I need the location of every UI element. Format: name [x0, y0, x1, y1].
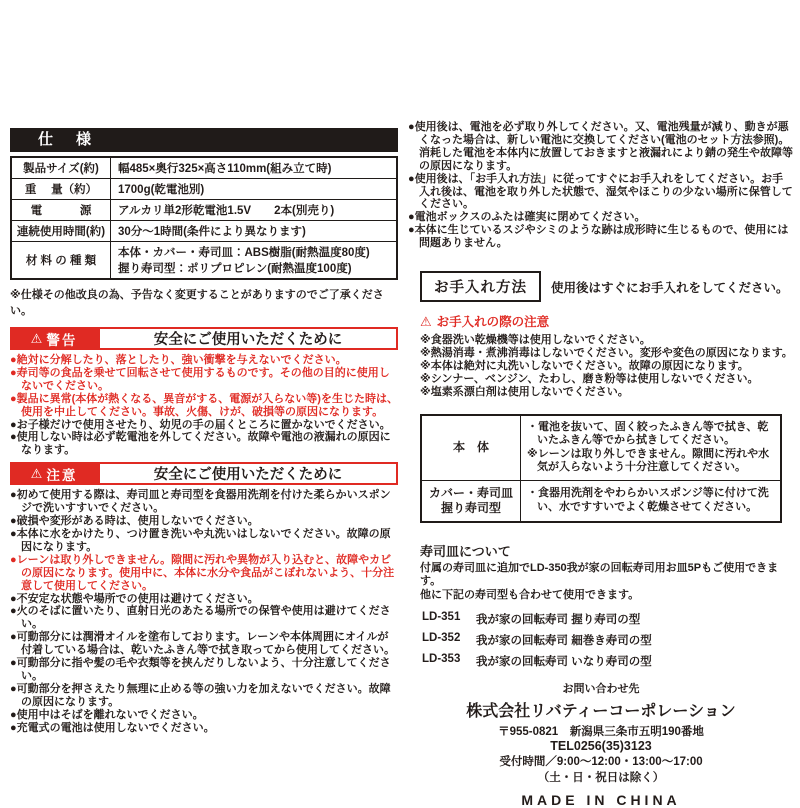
care-instruction: ・電池を抜いて、固く絞ったふきん等で拭き、乾いたふきん等でから拭きしてください。	[527, 421, 774, 448]
list-item: ●電池ボックスのふたは確実に閉めてください。	[408, 211, 794, 224]
caution-badge-label: 注意	[46, 464, 77, 484]
table-row: 電 源 アルカリ単2形乾電池1.5V 2本(別売り)	[11, 200, 397, 221]
spec-value: アルカリ単2形乾電池1.5V 2本(別売り)	[111, 200, 398, 221]
spec-label: 材 料 の 種 類	[11, 242, 111, 280]
right-column: ●使用後は、電池を必ず取り外してください。又、電池残量が減り、動きが悪くなった場…	[408, 0, 794, 808]
table-row: 材 料 の 種 類 本体・カバー・寿司皿：ABS樹脂(耐熱温度80度) 握り寿司…	[11, 242, 397, 280]
list-item: ●お子様だけで使用させたり、幼児の手の届くところに置かないでください。	[10, 419, 398, 432]
list-item: ●使用後は、「お手入れ方法」に従ってすぐにお手入れをしてください。お手入れ後は、…	[408, 173, 794, 212]
list-item: ※食器洗い乾燥機等は使用しないでください。	[420, 334, 794, 347]
battery-notes-list: ●使用後は、電池を必ず取り外してください。又、電池残量が減り、動きが悪くなった場…	[408, 121, 794, 250]
care-row-label: カバー・寿司皿 握り寿司型	[421, 480, 521, 522]
list-item: ※シンナー、ベンジン、たわし、磨き粉等は使用しないでください。	[420, 373, 794, 386]
caution-header: ⚠ 注意 安全にご使用いただくために	[10, 462, 398, 485]
spec-label: 重 量（約）	[11, 179, 111, 200]
made-in-label: MADE IN CHINA	[408, 792, 794, 808]
table-row: 本 体 ・電池を抜いて、固く絞ったふきん等で拭き、乾いたふきん等でから拭きしてく…	[421, 415, 781, 481]
care-lead-text: 使用後はすぐにお手入れをしてください。	[551, 278, 789, 296]
warning-list: ●絶対に分解したり、落としたり、強い衝撃を与えないでください。 ●寿司等の食品を…	[10, 354, 398, 457]
model-name: 我が家の回転寿司 握り寿司の型	[476, 611, 640, 627]
list-item: ●使用中はそばを離れないでください。	[10, 709, 398, 722]
spec-value: 30分～1時間(条件により異なります)	[111, 221, 398, 242]
care-method-box: お手入れ方法	[420, 271, 541, 302]
company-address: 〒955-0821 新潟県三条市五明190番地	[408, 723, 794, 739]
care-row-content: ・食器用洗剤をやわらかいスポンジ等に付けて洗い、水ですすいでよく乾燥させてくださ…	[521, 480, 782, 522]
care-row-content: ・電池を抜いて、固く絞ったふきん等で拭き、乾いたふきん等でから拭きしてください。…	[521, 415, 782, 481]
company-phone: TEL0256(35)3123	[408, 739, 794, 753]
sushi-plate-line: 他に下記の寿司型も合わせて使用できます。	[420, 589, 794, 603]
care-notes-list: ※食器洗い乾燥機等は使用しないでください。 ※熱湯消毒・煮沸消毒はしないでくださ…	[420, 334, 794, 399]
spec-disclaimer: ※仕様その他改良の為、予告なく変更することがありますのでご了承ください。	[10, 286, 398, 318]
list-item: ●寿司等の食品を乗せて回転させて使用するものです。その他の目的に使用しないでくだ…	[10, 367, 398, 393]
caution-badge: ⚠ 注意	[10, 462, 98, 485]
spec-label: 連続使用時間(約)	[11, 221, 111, 242]
contact-heading: お問い合わせ先	[408, 680, 794, 696]
list-item: ●使用しない時は必ず乾電池を外してください。故障や電池の液漏れの原因になります。	[10, 431, 398, 457]
left-column: 仕 様 製品サイズ(約) 幅485×奥行325×高さ110mm(組み立て時) 重…	[10, 0, 398, 734]
list-item: ※塩素系漂白剤は使用しないでください。	[420, 386, 794, 399]
model-name: 我が家の回転寿司 いなり寿司の型	[476, 653, 652, 669]
warning-triangle-icon: ⚠	[31, 467, 43, 480]
list-item: ●初めて使用する際は、寿司皿と寿司型を食器用洗剤を付けた柔らかいスポンジで洗いす…	[10, 489, 398, 515]
list-item: LD-351 我が家の回転寿司 握り寿司の型	[422, 611, 794, 627]
contact-block: お問い合わせ先 株式会社リバティーコーポレーション 〒955-0821 新潟県三…	[408, 680, 794, 808]
model-name: 我が家の回転寿司 細巻き寿司の型	[476, 632, 652, 648]
list-item: ※本体は絶対に丸洗いしないでください。故障の原因になります。	[420, 360, 794, 373]
sushi-plate-line: 付属の寿司皿に追加でLD-350我が家の回転寿司用お皿5Pもご使用できます。	[420, 562, 794, 589]
warning-header: ⚠ 警告 安全にご使用いただくために	[10, 327, 398, 350]
warning-badge-label: 警告	[46, 329, 77, 349]
list-item: ●絶対に分解したり、落としたり、強い衝撃を与えないでください。	[10, 354, 398, 367]
table-row: 連続使用時間(約) 30分～1時間(条件により異なります)	[11, 221, 397, 242]
caution-list: ●初めて使用する際は、寿司皿と寿司型を食器用洗剤を付けた柔らかいスポンジで洗いす…	[10, 489, 398, 734]
model-code: LD-352	[422, 632, 476, 648]
spec-value: 幅485×奥行325×高さ110mm(組み立て時)	[111, 157, 398, 179]
list-item: ●可動部分に指や髪の毛や衣類等を挟んだりしないよう、十分注意してください。	[10, 657, 398, 683]
list-item: ●可動部分には潤滑オイルを塗布しております。レーンや本体周囲にオイルが付着してい…	[10, 631, 398, 657]
list-item: ●破損や変形がある時は、使用しないでください。	[10, 515, 398, 528]
list-item: LD-352 我が家の回転寿司 細巻き寿司の型	[422, 632, 794, 648]
list-item: ●不安定な状態や場所での使用は避けてください。	[10, 593, 398, 606]
list-item: ※熱湯消毒・煮沸消毒はしないでください。変形や変色の原因になります。	[420, 347, 794, 360]
list-item: ●可動部分を押さえたり無理に止める等の強い力を加えないでください。故障の原因にな…	[10, 683, 398, 709]
care-table: 本 体 ・電池を抜いて、固く絞ったふきん等で拭き、乾いたふきん等でから拭きしてく…	[420, 414, 782, 523]
company-name: 株式会社リバティーコーポレーション	[408, 698, 794, 721]
sushi-plate-heading: 寿司皿について	[420, 541, 794, 560]
warning-triangle-icon: ⚠	[31, 332, 43, 345]
model-list: LD-351 我が家の回転寿司 握り寿司の型 LD-352 我が家の回転寿司 細…	[422, 611, 794, 669]
spec-section-header: 仕 様	[10, 128, 398, 152]
table-row: 重 量（約） 1700g(乾電池別)	[11, 179, 397, 200]
care-section-header: お手入れ方法 使用後はすぐにお手入れをしてください。	[420, 271, 794, 302]
list-item: ●本体に生じているスジやシミのような跡は成形時に生じるもので、使用には問題ありま…	[408, 224, 794, 250]
model-code: LD-353	[422, 653, 476, 669]
reception-hours-note: （土・日・祝日は除く）	[408, 769, 794, 785]
list-item: ●製品に異常(本体が熱くなる、異音がする、電源が入らない等)を生じた時は、使用を…	[10, 393, 398, 419]
care-row-label-line: 握り寿司型	[441, 501, 501, 515]
list-item: ●充電式の電池は使用しないでください。	[10, 722, 398, 735]
table-row: カバー・寿司皿 握り寿司型 ・食器用洗剤をやわらかいスポンジ等に付けて洗い、水で…	[421, 480, 781, 522]
model-code: LD-351	[422, 611, 476, 627]
warning-triangle-icon: ⚠	[420, 315, 432, 328]
care-caution-title-text: お手入れの際の注意	[437, 312, 550, 330]
list-item: ●火のそばに置いたり、直射日光のあたる場所での保管や使用は避けてください。	[10, 605, 398, 631]
spec-value: 1700g(乾電池別)	[111, 179, 398, 200]
care-caution-title: ⚠ お手入れの際の注意	[420, 312, 794, 330]
spec-value: 本体・カバー・寿司皿：ABS樹脂(耐熱温度80度) 握り寿司型：ポリプロピレン(…	[111, 242, 398, 280]
sushi-plate-description: 付属の寿司皿に追加でLD-350我が家の回転寿司用お皿5Pもご使用できます。 他…	[408, 562, 794, 603]
caution-title: 安全にご使用いただくために	[98, 462, 398, 485]
care-instruction-emphasis: ※レーンは取り外しできません。隙間に汚れや水気が入らないよう十分注意してください…	[527, 448, 774, 475]
list-item: ●使用後は、電池を必ず取り外してください。又、電池残量が減り、動きが悪くなった場…	[408, 121, 794, 173]
table-row: 製品サイズ(約) 幅485×奥行325×高さ110mm(組み立て時)	[11, 157, 397, 179]
spec-label: 電 源	[11, 200, 111, 221]
warning-title: 安全にご使用いただくために	[98, 327, 398, 350]
care-row-label: 本 体	[421, 415, 521, 481]
list-item: ●本体に水をかけたり、つけ置き洗いや丸洗いはしないでください。故障の原因になりま…	[10, 528, 398, 554]
list-item: LD-353 我が家の回転寿司 いなり寿司の型	[422, 653, 794, 669]
spec-table: 製品サイズ(約) 幅485×奥行325×高さ110mm(組み立て時) 重 量（約…	[10, 156, 398, 280]
spec-label: 製品サイズ(約)	[11, 157, 111, 179]
list-item: ●レーンは取り外しできません。隙間に汚れや異物が入り込むと、故障やカビの原因にな…	[10, 554, 398, 593]
care-instruction: ・食器用洗剤をやわらかいスポンジ等に付けて洗い、水ですすいでよく乾燥させてくださ…	[527, 487, 774, 514]
warning-badge: ⚠ 警告	[10, 327, 98, 350]
reception-hours: 受付時間／9:00～12:00・13:00～17:00	[408, 753, 794, 769]
care-row-label-line: カバー・寿司皿	[429, 486, 513, 500]
